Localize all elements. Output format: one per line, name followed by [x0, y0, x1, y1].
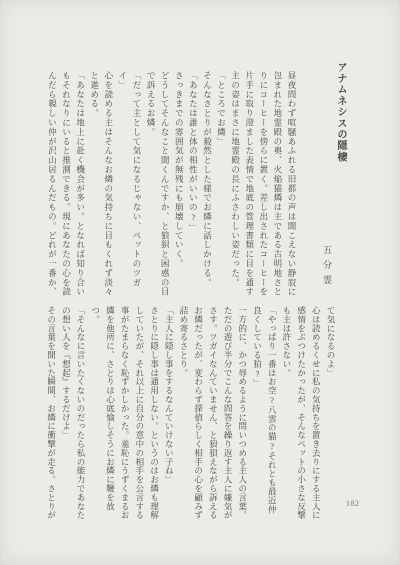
story-paragraph: 「ところでお燐」: [214, 71, 228, 299]
story-paragraph: 「あなたは地上に赴く機会が多い。となれば知り合いもそれなりにいると推測できる。現…: [49, 71, 88, 299]
story-paragraph: 「あなたは誰と体の相性がいいの?」: [186, 71, 200, 299]
story-paragraph: 「主人に隠し事をするなんていけない子ね」: [162, 306, 177, 521]
story-paragraph: 「やっぱり一番はお空?八雲の猫?それとも最近仲良くしている狛?」: [250, 306, 279, 521]
story-paragraph: どうしてそんなこと聞くんですか、と狼狽と困惑の目で訴えるお燐。: [144, 71, 172, 299]
story-paragraph: 一方的に、かつ辱めるように問いつめる主人の言葉。ただの遊び半分でこんな問答を繰り…: [176, 306, 250, 521]
story-paragraph: 「そんなに言いたくないのだったら私の能力であなたの想い人を『想起』するだけよ」: [59, 306, 88, 521]
upper-text-block: 昼夜問わず喧騒あふれる旧都の声は聞こえない静寂に包まれた地霊殿の奥、火焔猫燐は主…: [49, 71, 299, 299]
story-paragraph: 心は読めるくせに私の気持ちを置き去りにする主人に感情をぶつけたかったが、そんなペ…: [279, 306, 323, 521]
scanned-book-page: アナムネシスの隠棲 五分霊 昼夜問わず喧騒あふれる旧都の声は聞こえない静寂に包ま…: [0, 0, 400, 565]
story-paragraph: 昼夜問わず喧騒あふれる旧都の声は聞こえない静寂に包まれた地霊殿の奥、火焔猫燐は主…: [229, 71, 299, 299]
story-paragraph: 心を読める主はそんなお燐の気持ちに目もくれず淡々と進める。: [88, 71, 116, 299]
story-paragraph: 「だって主として気になるじゃない、ペットのツガイ」: [116, 71, 144, 299]
author-name: 五分霊: [320, 62, 333, 304]
story-title: アナムネシスの隠棲: [333, 62, 348, 304]
title-block: アナムネシスの隠棲 五分霊: [320, 62, 348, 304]
lower-text-block: て気になるのよ」 心は読めるくせに私の気持ちを置き去りにする主人に感情をぶつけた…: [42, 306, 338, 521]
page-number: 182: [346, 499, 360, 508]
story-paragraph: て気になるのよ」: [323, 306, 338, 521]
story-paragraph: さっきまでの雰囲気が無残にも崩壊していく。: [172, 71, 186, 299]
story-paragraph: その言葉を聞いた瞬間、お燐に衝撃が走る。さとりが言い放った言葉の意味が理解できな…: [42, 306, 59, 521]
story-paragraph: さとりに隠し事は通用しない。というのはお燐も理解していたが、それ以上に自分の意中…: [88, 306, 162, 521]
story-paragraph: そんなさとりが毅然とした様でお燐に話しかける。: [200, 71, 214, 299]
